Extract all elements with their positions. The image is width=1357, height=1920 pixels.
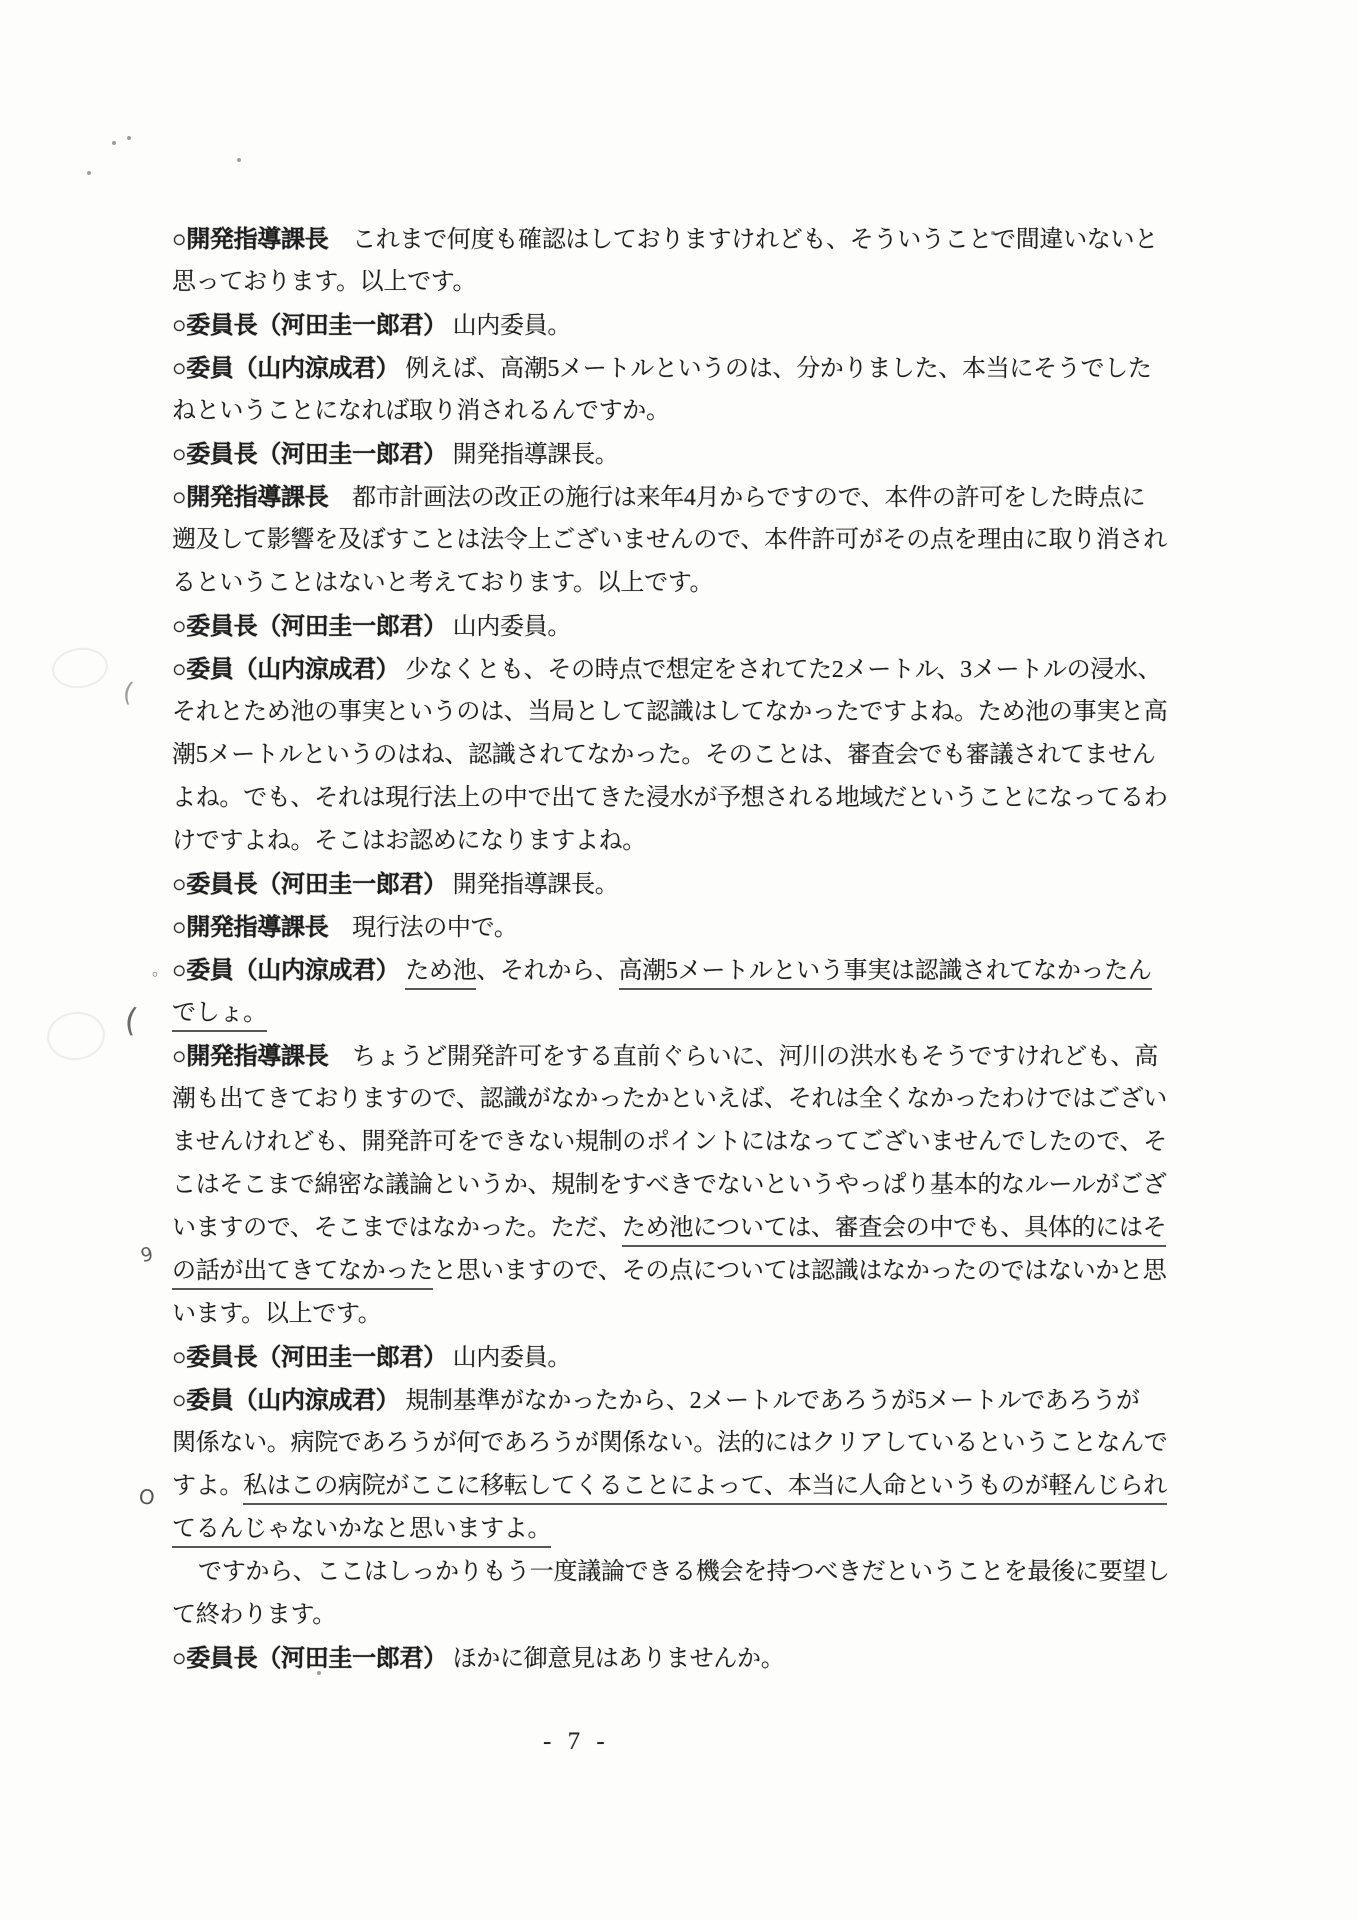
speech-text: 遡及して影響を及ぼすことは法令上ございませんので、本件許可がその点を理由に取り消…: [172, 527, 1167, 553]
text-line: ですから、ここはしっかりもう一度議論できる機会を持つべきだということを最後に要望…: [198, 1551, 1170, 1594]
speech-text: 開発指導課長。: [447, 872, 619, 898]
speech-text: 現行法の中で。: [328, 915, 517, 941]
handwritten-margin-mark: 。: [152, 962, 168, 978]
scan-speck: [237, 158, 241, 162]
scan-speck: [127, 136, 131, 140]
underlined-speech-text: の話が出てきてなかった: [172, 1258, 433, 1290]
scan-smudge: [44, 1008, 108, 1064]
speaker-label: ○委員長（河田圭一郎君）: [172, 871, 447, 898]
text-line: すよ。私はこの病院がここに移転してくることによって、本当に人命というものが軽んじ…: [172, 1465, 1167, 1508]
speech-text: ませんけれども、開発許可をできない規制のポイントにはなってございませんでしたので…: [172, 1129, 1167, 1155]
speech-text: 、それから、: [476, 958, 618, 984]
text-line: ○開発指導課長 現行法の中で。: [172, 906, 518, 949]
text-line: でしょ。: [172, 992, 267, 1035]
text-line: ○委員（山内涼成君） ため池、それから、高潮5メートルという事実は認識されてなか…: [172, 949, 1152, 992]
scan-speck: [317, 1671, 321, 1675]
underlined-speech-text: 高潮5メートルという事実は認識されてなかったん: [619, 958, 1152, 990]
scan-speck: [1057, 1274, 1061, 1278]
text-line: ○開発指導課長 ちょうど開発許可をする直前ぐらいに、河川の洪水もそうですけれども…: [172, 1035, 1158, 1078]
speech-text: 例えば、高潮5メートルというのは、分かりました、本当にそうでした: [400, 356, 1152, 382]
underlined-speech-text: ため池については、審査会の中でも、具体的にはそ: [622, 1215, 1167, 1247]
speech-text: 規制基準がなかったから、2メートルであろうが5メートルであろうが: [400, 1388, 1140, 1414]
text-line: ませんけれども、開発許可をできない規制のポイントにはなってございませんでしたので…: [172, 1121, 1167, 1164]
speech-text: ねということになれば取り消されるんですか。: [172, 398, 670, 424]
speech-text: けですよね。そこはお認めになりますよね。: [172, 828, 646, 854]
handwritten-margin-mark: (: [121, 679, 136, 706]
text-line: ○委員（山内涼成君） 例えば、高潮5メートルというのは、分かりました、本当にそう…: [172, 347, 1152, 390]
underlined-speech-text: ため池: [405, 958, 476, 990]
speech-text: ほかに御意見はありませんか。: [447, 1646, 785, 1672]
speech-text: こはそこまで綿密な議論というか、規制をすべきでないというやっぱり基本的なルールが…: [172, 1172, 1166, 1198]
speech-text: 山内委員。: [447, 614, 571, 640]
scanned-document-page: ○開発指導課長 これまで何度も確認はしておりますけれども、そういうことで間違いな…: [0, 0, 1357, 1920]
page-number: - 7 -: [543, 1728, 610, 1756]
text-line: の話が出てきてなかったと思いますので、その点については認識はなかったのではないか…: [172, 1250, 1166, 1293]
speaker-label: ○委員長（河田圭一郎君）: [172, 441, 447, 468]
speaker-label: ○開発指導課長: [172, 1043, 328, 1070]
text-line: てるんじゃないかなと思いますよ。: [172, 1508, 551, 1551]
text-line: 潮も出てきておりますので、認識がなかったかといえば、それは全くなかったわけではご…: [172, 1078, 1167, 1121]
speech-text: と思いますので、その点については認識はなかったのではないかと思: [433, 1258, 1167, 1284]
scan-speck: [112, 141, 116, 145]
speech-text: 都市計画法の改正の施行は来年4月からですので、本件の許可をした時点に: [328, 485, 1145, 511]
text-line: ○委員長（河田圭一郎君） 山内委員。: [172, 1336, 571, 1379]
text-line: ○委員（山内涼成君） 少なくとも、その時点で想定をされてた2メートル、3メートル…: [172, 648, 1161, 691]
speaker-label: ○委員長（河田圭一郎君）: [172, 613, 447, 640]
speaker-label: ○委員（山内涼成君）: [172, 656, 400, 683]
speaker-label: ○開発指導課長: [172, 914, 328, 941]
speaker-label: ○委員長（河田圭一郎君）: [172, 1344, 447, 1371]
text-line: ○開発指導課長 これまで何度も確認はしておりますけれども、そういうことで間違いな…: [172, 218, 1158, 261]
underlined-speech-text: てるんじゃないかなと思いますよ。: [172, 1516, 551, 1548]
speech-text: います。以上です。: [172, 1301, 381, 1327]
text-line: います。以上です。: [172, 1293, 381, 1336]
text-body: ○開発指導課長 これまで何度も確認はしておりますけれども、そういうことで間違いな…: [0, 0, 1357, 1920]
text-line: ○委員長（河田圭一郎君） 開発指導課長。: [172, 863, 619, 906]
speech-text: すよ。: [172, 1473, 243, 1499]
underlined-speech-text: 私はこの病院がここに移転してくることによって、: [243, 1473, 788, 1505]
speech-text: 思っております。以上です。: [172, 269, 476, 295]
text-line: ○委員（山内涼成君） 規制基準がなかったから、2メートルであろうが5メートルであ…: [172, 1379, 1140, 1422]
text-line: 関係ない。病院であろうが何であろうが関係ない。法的にはクリアしているということな…: [172, 1422, 1167, 1465]
scan-speck: [991, 231, 995, 235]
scan-speck: [1016, 1277, 1020, 1281]
speaker-label: ○委員長（河田圭一郎君）: [172, 312, 447, 339]
speech-text: 潮も出てきておりますので、認識がなかったかといえば、それは全くなかったわけではご…: [172, 1086, 1167, 1112]
speech-text: るということはないと考えております。以上です。: [172, 570, 713, 596]
text-line: ○委員長（河田圭一郎君） 山内委員。: [172, 605, 571, 648]
speaker-label: ○開発指導課長: [172, 226, 328, 253]
text-line: よね。でも、それは現行法上の中で出てきた浸水が予想される地域だということになって…: [172, 777, 1167, 820]
speaker-label: ○委員長（河田圭一郎君）: [172, 1645, 447, 1672]
text-line: ○開発指導課長 都市計画法の改正の施行は来年4月からですので、本件の許可をした時…: [172, 476, 1145, 519]
speech-text: 山内委員。: [447, 313, 571, 339]
speech-text: 開発指導課長。: [447, 442, 619, 468]
speech-text: これまで何度も確認はしておりますけれども、そういうことで間違いないと: [328, 227, 1158, 253]
text-line: ねということになれば取り消されるんですか。: [172, 390, 670, 433]
speech-text: 関係ない。病院であろうが何であろうが関係ない。法的にはクリアしているということな…: [172, 1430, 1167, 1456]
scan-smudge: [49, 644, 110, 691]
speech-text: よね。でも、それは現行法上の中で出てきた浸水が予想される地域だということになって…: [172, 785, 1167, 811]
text-line: こはそこまで綿密な議論というか、規制をすべきでないというやっぱり基本的なルールが…: [172, 1164, 1166, 1207]
text-line: て終わります。: [172, 1594, 336, 1637]
underlined-speech-text: でしょ。: [172, 1000, 267, 1032]
handwritten-margin-mark: (: [123, 1003, 140, 1036]
text-line: けですよね。そこはお認めになりますよね。: [172, 820, 646, 863]
text-line: るということはないと考えております。以上です。: [172, 562, 713, 605]
speaker-label: ○委員（山内涼成君）: [172, 1387, 400, 1414]
speech-text: ですから、ここはしっかりもう一度議論できる機会を持つべきだということを最後に要望…: [198, 1559, 1170, 1585]
text-line: ○委員長（河田圭一郎君） 山内委員。: [172, 304, 571, 347]
speaker-label: ○開発指導課長: [172, 484, 328, 511]
speaker-label: ○委員（山内涼成君）: [172, 355, 400, 382]
speech-text: 少なくとも、その時点で想定をされてた2メートル、3メートルの浸水、: [400, 657, 1162, 683]
text-line: ○委員長（河田圭一郎君） 開発指導課長。: [172, 433, 619, 476]
speech-text: ちょうど開発許可をする直前ぐらいに、河川の洪水もそうですけれども、高: [328, 1044, 1158, 1070]
speech-text: 潮5メートルというのはね、認識されてなかった。そのことは、審査会でも審議されてま…: [172, 742, 1155, 768]
speaker-label: ○委員（山内涼成君）: [172, 957, 400, 984]
speech-text: て終わります。: [172, 1602, 336, 1628]
text-line: 潮5メートルというのはね、認識されてなかった。そのことは、審査会でも審議されてま…: [172, 734, 1155, 777]
text-line: ○委員長（河田圭一郎君） ほかに御意見はありませんか。: [172, 1637, 784, 1680]
underlined-speech-text: 本当に人命というものが軽んじられ: [788, 1473, 1167, 1505]
text-line: 遡及して影響を及ぼすことは法令上ございませんので、本件許可がその点を理由に取り消…: [172, 519, 1167, 562]
speech-text: いますので、そこまではなかった。ただ、: [172, 1215, 622, 1241]
scan-speck: [87, 171, 91, 175]
text-line: それとため池の事実というのは、当局として認識はしてなかったですよね。ため池の事実…: [172, 691, 1167, 734]
text-line: いますので、そこまではなかった。ただ、ため池については、審査会の中でも、具体的に…: [172, 1207, 1166, 1250]
speech-text: 山内委員。: [447, 1345, 571, 1371]
speech-text: それとため池の事実というのは、当局として認識はしてなかったですよね。ため池の事実…: [172, 699, 1167, 725]
handwritten-margin-mark: 9: [139, 1245, 155, 1266]
text-line: 思っております。以上です。: [172, 261, 476, 304]
handwritten-margin-mark: O: [138, 1486, 156, 1508]
